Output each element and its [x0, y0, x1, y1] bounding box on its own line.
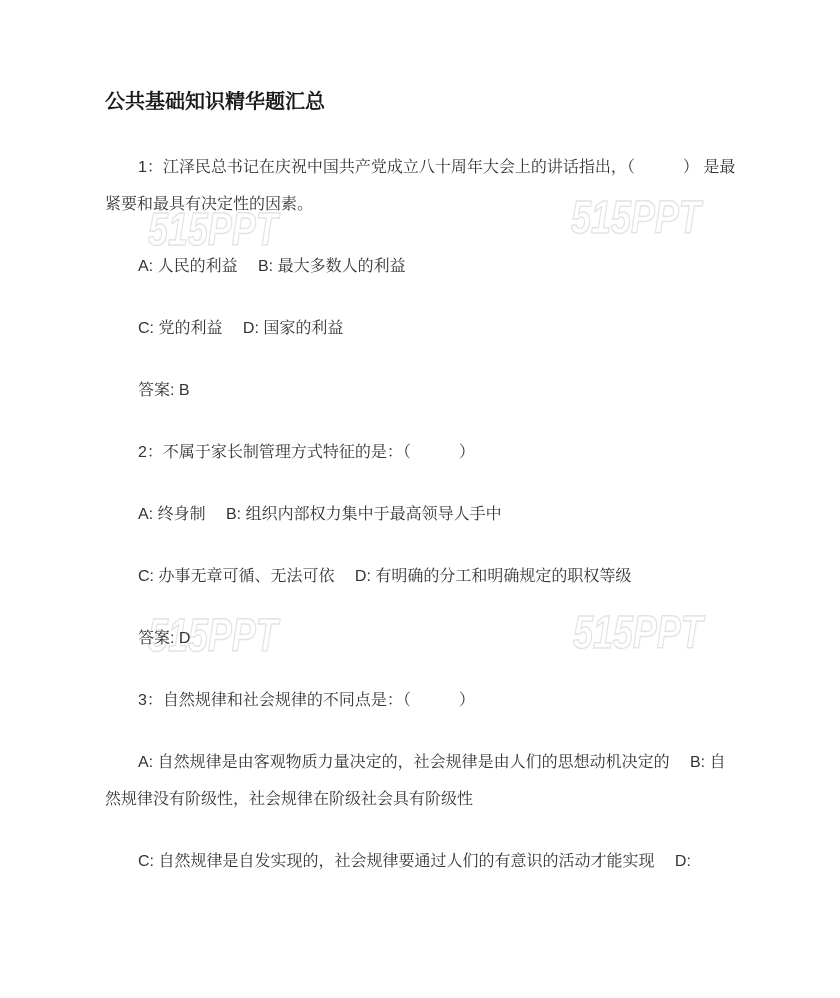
question-2-options-cd: C: 办事无章可循、无法可依 D: 有明确的分工和明确规定的职权等级	[105, 558, 795, 595]
text-line: C: 自然规律是自发实现的，社会规律要通过人们的有意识的活动才能实现 D:	[105, 843, 795, 880]
text-line: 2：不属于家长制管理方式特征的是：（ ）	[105, 434, 795, 471]
text-line: A: 人民的利益 B: 最大多数人的利益	[105, 248, 795, 285]
question-1-paragraph: 1：江泽民总书记在庆祝中国共产党成立八十周年大会上的讲话指出，（ ） 是最 紧要…	[105, 149, 795, 223]
document-page: 515PPT 515PPT 515PPT 515PPT 公共基础知识精华题汇总 …	[0, 0, 840, 998]
question-1-options-cd: C: 党的利益 D: 国家的利益	[105, 310, 795, 347]
text-line: C: 办事无章可循、无法可依 D: 有明确的分工和明确规定的职权等级	[105, 558, 795, 595]
text-line: A: 终身制 B: 组织内部权力集中于最高领导人手中	[105, 496, 795, 533]
text-line: C: 党的利益 D: 国家的利益	[105, 310, 795, 347]
document-content: 公共基础知识精华题汇总 1：江泽民总书记在庆祝中国共产党成立八十周年大会上的讲话…	[105, 87, 795, 905]
question-3-paragraph: 3：自然规律和社会规律的不同点是：（ ）	[105, 682, 795, 719]
document-title: 公共基础知识精华题汇总	[105, 87, 795, 117]
text-line: 然规律没有阶级性，社会规律在阶级社会具有阶级性	[105, 781, 795, 818]
text-line: 1：江泽民总书记在庆祝中国共产党成立八十周年大会上的讲话指出，（ ） 是最	[105, 149, 795, 186]
question-2-paragraph: 2：不属于家长制管理方式特征的是：（ ）	[105, 434, 795, 471]
question-1-options-ab: A: 人民的利益 B: 最大多数人的利益	[105, 248, 795, 285]
text-line: A: 自然规律是由客观物质力量决定的，社会规律是由人们的思想动机决定的 B: 自	[105, 744, 795, 781]
question-1-answer: 答案: B	[105, 372, 795, 409]
question-3-options-cd: C: 自然规律是自发实现的，社会规律要通过人们的有意识的活动才能实现 D:	[105, 843, 795, 880]
question-3-options-ab: A: 自然规律是由客观物质力量决定的，社会规律是由人们的思想动机决定的 B: 自…	[105, 744, 795, 818]
question-2-answer: 答案: D	[105, 620, 795, 657]
text-line: 紧要和最具有决定性的因素。	[105, 186, 795, 223]
text-line: 答案: D	[105, 620, 795, 657]
text-line: 答案: B	[105, 372, 795, 409]
question-2-options-ab: A: 终身制 B: 组织内部权力集中于最高领导人手中	[105, 496, 795, 533]
text-line: 3：自然规律和社会规律的不同点是：（ ）	[105, 682, 795, 719]
